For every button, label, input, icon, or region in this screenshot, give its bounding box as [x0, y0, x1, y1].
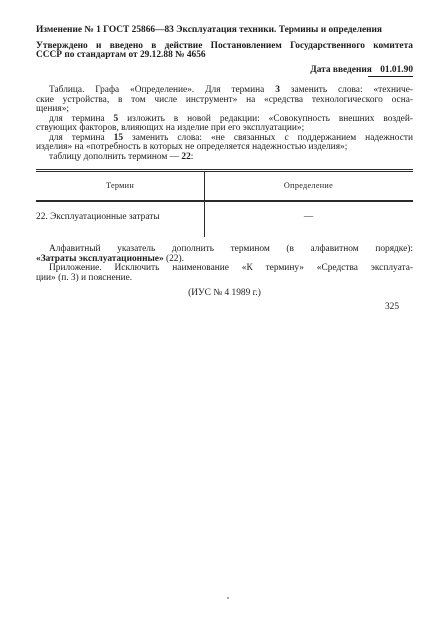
text-line: ские устройства, в том числе инструмент»… [36, 96, 413, 106]
alphabetical-index-note: Алфавитный указатель дополнить термином … [36, 245, 413, 264]
text-run: ствующих факторов, влияющих на изделие п… [36, 123, 304, 133]
text-run: изделия» на «потребность в которых не оп… [36, 142, 347, 152]
text-run: заменить слова: «техниче- [280, 85, 413, 95]
amendment-paragraph-term-5: для термина 5 изложить в новой редакции:… [36, 115, 413, 134]
text-line: таблицу дополнить термином — 22: [36, 153, 413, 163]
scan-speck [227, 597, 229, 599]
effective-date-label: Дата введения [310, 65, 372, 75]
text-run: Изменение № 1 ГОСТ 25866—83 Эксплуатация… [36, 25, 382, 35]
text-run: 15 [114, 133, 123, 143]
page-content: Изменение № 1 ГОСТ 25866—83 Эксплуатация… [36, 26, 413, 299]
text-run: (22). [164, 254, 184, 264]
closing-text: Алфавитный указатель дополнить термином … [36, 245, 413, 299]
text-run: Утверждено и введено в действие Постанов… [36, 41, 413, 51]
text-run: таблицу дополнить термином — [49, 152, 181, 162]
effective-date-value: 01.01.90 [368, 65, 413, 77]
ius-reference: (ИУС № 4 1989 г.) [36, 289, 413, 299]
text-run: изложить в новой редакции: «Совокупность… [118, 114, 413, 124]
amendment-paragraph-table-graph: Таблица. Графа «Определение». Для термин… [36, 86, 413, 115]
table-row: 22. Эксплуатационные затраты — [36, 202, 413, 235]
column-divider [204, 172, 205, 237]
term-cell: 22. Эксплуатационные затраты [36, 213, 204, 235]
appendix-note: Приложение. Исключить наименование «К те… [36, 264, 413, 283]
effective-date-line: Дата введения 01.01.90 [36, 66, 413, 76]
page-number: 325 [385, 302, 399, 312]
text-line: Изменение № 1 ГОСТ 25866—83 Эксплуатация… [36, 26, 413, 36]
terms-table: Термин Определение 22. Эксплуатационные … [36, 169, 413, 235]
approval-note: Утверждено и введено в действие Постанов… [36, 42, 413, 61]
text-run: ские устройства, в том числе инструмент»… [36, 95, 413, 105]
text-line: СССР по стандартам от 29.12.88 № 4656 [36, 51, 413, 61]
text-run: Приложение. Исключить наименование «К те… [49, 263, 413, 273]
doc-title: Изменение № 1 ГОСТ 25866—83 Эксплуатация… [36, 26, 413, 36]
text-run: для термина [49, 133, 114, 143]
text-run: Алфавитный указатель дополнить термином … [49, 244, 413, 254]
text-run: Таблица. Графа «Определение». Для термин… [49, 85, 275, 95]
amendment-text: Таблица. Графа «Определение». Для термин… [36, 86, 413, 162]
text-run: для термина [49, 114, 114, 124]
document-page: Изменение № 1 ГОСТ 25866—83 Эксплуатация… [0, 0, 427, 631]
text-line: ции» (п. 3) и пояснение. [36, 274, 413, 284]
column-header-term: Термин [36, 181, 204, 191]
amendment-paragraph-term-15: для термина 15 заменить слова: «не связа… [36, 134, 413, 153]
text-run: 22 [181, 152, 190, 162]
definition-cell: — [204, 213, 413, 235]
text-run: заменить слова: «не связанных с поддержа… [123, 133, 413, 143]
table-header-row: Термин Определение [36, 172, 413, 202]
text-run: СССР по стандартам от 29.12.88 № 4656 [36, 50, 206, 60]
text-run: щения»; [36, 104, 69, 114]
text-run: «Затраты эксплуатационные» [36, 254, 164, 264]
text-run: : [191, 152, 194, 162]
column-header-definition: Определение [204, 181, 413, 191]
text-run: ции» (п. 3) и пояснение. [36, 273, 132, 283]
amendment-paragraph-add-term: таблицу дополнить термином — 22: [36, 153, 413, 163]
